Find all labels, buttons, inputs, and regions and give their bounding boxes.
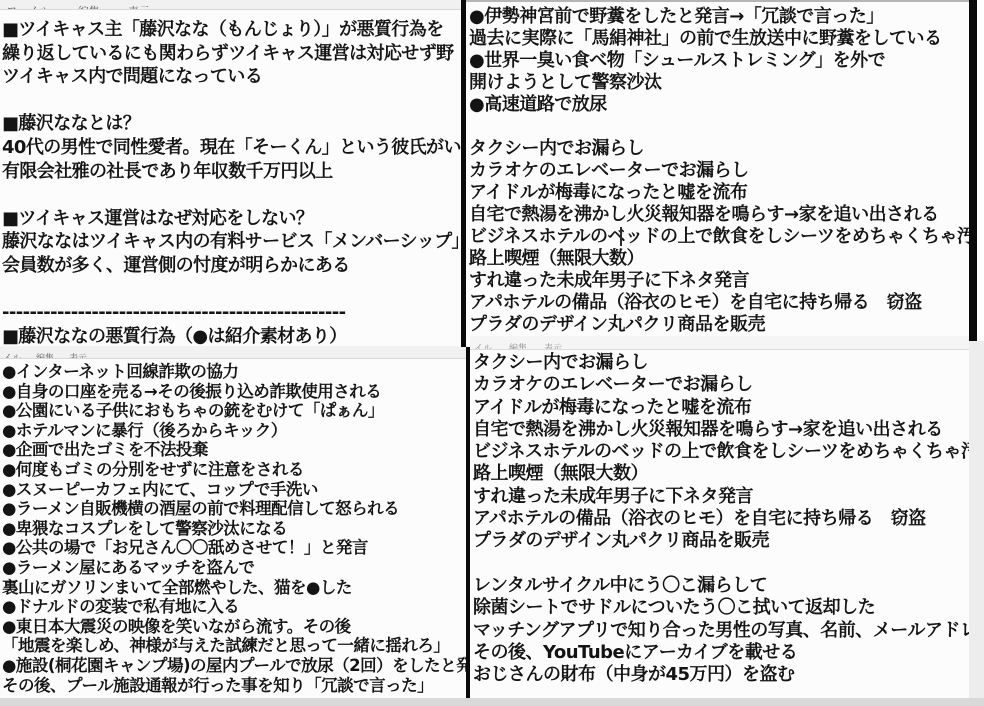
text-line — [2, 89, 462, 113]
text-line: 繰り返しているにも関わらずツイキャス運営は対応せず野 — [2, 42, 462, 66]
text-line: プラダのデザイン丸パクリ商品を販売 — [473, 530, 969, 552]
text-line — [473, 553, 969, 575]
text-line: 自宅で熱湯を沸かし火災報知器を鳴らす→家を追い出される — [473, 419, 969, 441]
text-line: アイドルが梅毒になったと嘘を流布 — [469, 182, 969, 204]
menu-item[interactable]: 表示 — [69, 351, 87, 359]
text-line: カラオケのエレベーターでお漏らし — [473, 374, 969, 396]
text-area[interactable]: ●伊勢神宮前で野糞をしたと発言→「冗談で言った」過去に実際に「馬絹神社」の前で生… — [466, 2, 969, 336]
text-line: アパホテルの備品（浴衣のヒモ）を自宅に持ち帰る 窃盗 — [469, 292, 969, 314]
text-line: プラダのデザイン丸パクリ商品を販売 — [469, 314, 969, 336]
text-line — [469, 116, 969, 138]
menu-item[interactable]: イル — [474, 341, 492, 350]
text-line: ビジネスホテルのベッドの上で飲食をしシーツをめちゃくちゃ汚す — [473, 441, 969, 463]
text-area[interactable]: ●インターネット回線詐欺の協力●自身の口座を売る→その後振り込め詐欺使用される●… — [0, 359, 468, 695]
menu-item[interactable]: 表示 — [128, 3, 150, 10]
text-line: ●何度もゴミの分別をせずに注意をされる — [2, 460, 468, 480]
text-line: ●スヌーピーカフェ内にて、コップで手洗い — [2, 480, 468, 500]
text-line: レンタルサイクル中にう〇こ漏らして — [473, 575, 969, 597]
text-line: 有限会社雅の社長であり年収数千万円以上 — [2, 160, 462, 184]
text-line: ●企画で出たゴミを不法投棄 — [2, 440, 468, 460]
editor-pane-top-right: ●伊勢神宮前で野糞をしたと発言→「冗談で言った」過去に実際に「馬絹神社」の前で生… — [466, 0, 969, 338]
text-area[interactable]: タクシー内でお漏らしカラオケのエレベーターでお漏らしアイドルが梅毒になったと嘘を… — [470, 350, 969, 686]
text-line: ●ドナルドの変装で私有地に入る — [2, 597, 468, 617]
text-line: ●ホテルマンに暴行（後ろからキック） — [2, 421, 468, 441]
menu-item[interactable]: イル — [3, 351, 21, 359]
text-line: 裏山にガソリンまいて全部燃やした、猫を●した — [2, 578, 468, 598]
text-line: その後、YouTubeにアーカイブを載せる — [473, 642, 969, 664]
editor-pane-top-left: ファイル編集表示 ■ツイキャス主「藤沢なな（もんじょり）」が悪質行為を繰り返して… — [0, 0, 462, 346]
screenshot-collage: ファイル編集表示 ■ツイキャス主「藤沢なな（もんじょり）」が悪質行為を繰り返して… — [0, 0, 984, 706]
text-line: ●高速道路で放尿 — [469, 94, 969, 116]
text-line: ●公園にいる子供におもちゃの銃をむけて「ぱぁん」 — [2, 401, 468, 421]
text-line: おじさんの財布（中身が45万円）を盗む — [473, 664, 969, 686]
text-line: 「地震を楽しめ、神様が与えた試練だと思って一緒に揺れろ」 — [2, 636, 468, 656]
text-line: ビジネスホテルのベッドの上で飲食をしシーツをめちゃくちゃ汚す — [469, 226, 969, 248]
menu-item[interactable]: 表示 — [544, 341, 562, 350]
editor-pane-bottom-right: イル編集表示 タクシー内でお漏らしカラオケのエレベーターでお漏らしアイドルが梅毒… — [470, 336, 969, 698]
text-line: ●ラーメン自販機横の酒屋の前で料理配信して怒られる — [2, 499, 468, 519]
text-line: ■ツイキャス運営はなぜ対応をしない？ — [2, 207, 462, 231]
editor-pane-bottom-left: イル編集表示 ●インターネット回線詐欺の協力●自身の口座を売る→その後振り込め詐… — [0, 346, 468, 698]
text-line: ●世界一臭い食べ物「シュールストレミング」を外で — [469, 50, 969, 72]
text-line: マッチングアプリで知り合った男性の写真、名前、メールアドレス — [473, 620, 969, 642]
text-line: ●東日本大震災の映像を笑いながら流す。その後 — [2, 617, 468, 637]
window-edge-strip — [969, 341, 984, 698]
text-line: 除菌シートでサドルについたう〇こ拭いて返却した — [473, 597, 969, 619]
menu-item[interactable]: ファイル — [6, 3, 50, 10]
menu-bar: イル編集表示 — [0, 346, 468, 359]
text-line: アパホテルの備品（浴衣のヒモ）を自宅に持ち帰る 窃盗 — [473, 508, 969, 530]
text-area[interactable]: ■ツイキャス主「藤沢なな（もんじょり）」が悪質行為を繰り返しているにも関わらずツ… — [0, 10, 462, 346]
vertical-divider-top — [461, 0, 466, 347]
window-border-right — [969, 0, 977, 341]
taskbar-strip — [0, 698, 984, 706]
text-line: ■ツイキャス主「藤沢なな（もんじょり）」が悪質行為を — [2, 18, 462, 42]
menu-item[interactable]: 編集 — [78, 3, 100, 10]
text-line: ●公共の場で「お兄さん〇〇舐めさせて！」と発言 — [2, 538, 468, 558]
text-line: 40代の男性で同性愛者。現在「そーくん」という彼氏がい — [2, 136, 462, 160]
text-line: ■藤沢ななとは？ — [2, 112, 462, 136]
text-line: 過去に実際に「馬絹神社」の前で生放送中に野糞をしている — [469, 28, 969, 50]
text-line: ●インターネット回線詐欺の協力 — [2, 362, 468, 382]
menu-bar: ファイル編集表示 — [0, 0, 462, 10]
text-line: 路上喫煙（無限大数） — [469, 248, 969, 270]
text-line: ■藤沢ななの悪質行為（●は紹介素材あり） — [2, 325, 462, 346]
vertical-divider-bottom — [466, 347, 470, 698]
text-line: すれ違った未成年男子に下ネタ発言 — [473, 486, 969, 508]
text-line: タクシー内でお漏らし — [473, 352, 969, 374]
text-line: ●施設(桐花園キャンプ場)の屋内プールで放尿（2回）をしたと発 — [2, 656, 468, 676]
text-line: 路上喫煙（無限大数） — [473, 463, 969, 485]
text-line: ----------------------------------------… — [2, 301, 462, 325]
text-line: タクシー内でお漏らし — [469, 138, 969, 160]
text-line: 開けようとして警察沙汰 — [469, 72, 969, 94]
text-line: ●伊勢神宮前で野糞をしたと発言→「冗談で言った」 — [469, 6, 969, 28]
text-line: すれ違った未成年男子に下ネタ発言 — [469, 270, 969, 292]
text-line: 藤沢ななはツイキャス内の有料サービス「メンバーシップ」 — [2, 230, 462, 254]
text-line: ●ラーメン屋にあるマッチを盗んで — [2, 558, 468, 578]
text-caret — [620, 227, 622, 246]
text-line: ●卑猥なコスプレをして警察沙汰になる — [2, 519, 468, 539]
text-line: 自宅で熱湯を沸かし火災報知器を鳴らす→家を追い出される — [469, 204, 969, 226]
text-line: アイドルが梅毒になったと嘘を流布 — [473, 397, 969, 419]
text-line: カラオケのエレベーターでお漏らし — [469, 160, 969, 182]
text-line: 会員数が多く、運営側の忖度が明らかにある — [2, 254, 462, 278]
text-line: ツイキャス内で問題になっている — [2, 65, 462, 89]
text-line: その後、プール施設通報が行った事を知り「冗談で言った」 — [2, 676, 468, 696]
menu-item[interactable]: 編集 — [509, 341, 527, 350]
text-line: ●自身の口座を売る→その後振り込め詐欺使用される — [2, 382, 468, 402]
text-line — [2, 183, 462, 207]
text-line — [2, 278, 462, 302]
menu-bar: イル編集表示 — [470, 336, 969, 350]
menu-item[interactable]: 編集 — [36, 351, 54, 359]
